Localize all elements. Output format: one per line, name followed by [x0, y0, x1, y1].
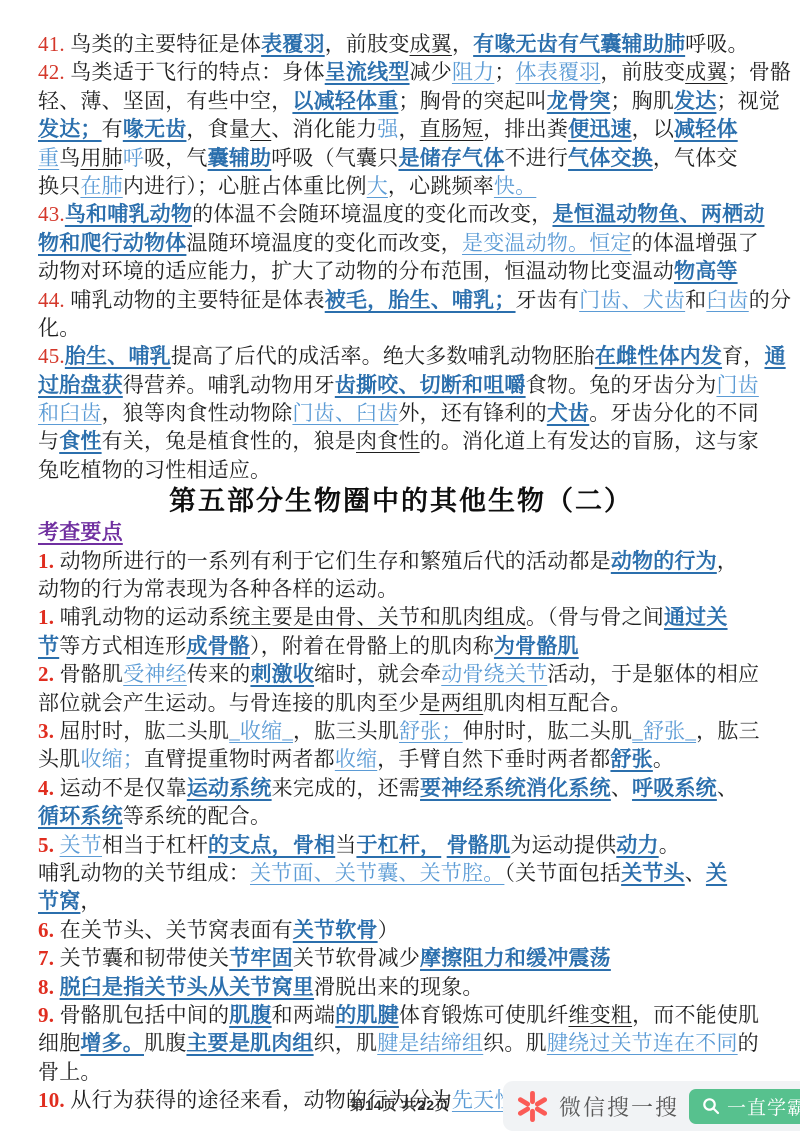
text-segment: 换只 — [38, 174, 80, 198]
text-segment: 。（骨与骨之间 — [526, 605, 664, 629]
text-segment: 骨骼肌 — [447, 833, 511, 857]
text-segment: 哺乳动物的运动系 — [54, 605, 229, 629]
text-segment: 物高等 — [674, 259, 738, 283]
text-segment: 门齿、犬齿 — [579, 288, 685, 312]
text-segment: 轻、薄、坚固，有些中空， — [38, 89, 292, 113]
text-segment: 摩擦阻力和缓冲震荡 — [420, 946, 611, 970]
text-segment: 。牙齿分化的不同 — [589, 401, 759, 425]
text-segment: 关 — [706, 861, 727, 885]
text-segment: 有喙无齿有气囊辅助肺 — [473, 32, 685, 56]
text-segment: ， — [452, 32, 473, 56]
text-segment: ，心跳频率 — [388, 174, 494, 198]
wechat-search-brand-label: 微信搜一搜 — [559, 1091, 679, 1122]
text-segment: ，前肢变 — [325, 32, 410, 56]
text-line: 重鸟用肺呼吸，气囊辅助呼吸（气囊只是储存气体不进行气体交换，气体交 — [38, 144, 764, 172]
text-segment: 体表覆羽 — [516, 60, 601, 84]
text-segment: ；骨骼 — [728, 60, 792, 84]
text-segment: 收缩； — [80, 747, 144, 771]
text-segment: 气体交换 — [568, 146, 653, 170]
text-segment: 关节面、关节囊、关节腔。 — [250, 861, 504, 885]
text-segment: 龙骨突 — [547, 89, 611, 113]
text-segment: 45. — [38, 344, 65, 368]
text-segment: 在肺 — [80, 174, 122, 198]
text-segment: ， — [398, 117, 419, 141]
text-segment: 物和爬行动物体 — [38, 231, 186, 255]
text-segment: 动骨绕关节 — [441, 662, 547, 686]
text-segment: 41. — [38, 32, 65, 56]
text-segment: 呈流线型 — [325, 60, 410, 84]
text-line: 过胎盘获得营养。哺乳动物用牙齿撕咬、切断和咀嚼食物。兔的牙齿分为门齿 — [38, 371, 764, 399]
text-segment: 牙齿有 — [516, 288, 580, 312]
text-segment: ，手臂自然下垂时两者都 — [377, 747, 610, 771]
text-segment: 织。肌 — [483, 1031, 547, 1055]
text-segment: 脱臼是指关节头从关节窝里 — [60, 975, 314, 999]
text-segment: ，前肢变 — [600, 60, 685, 84]
text-segment: 肉食性 — [356, 429, 420, 453]
text-segment: ；胸骨的突起叫 — [398, 89, 546, 113]
text-segment: ； — [494, 60, 515, 84]
text-segment: 7. — [38, 946, 54, 970]
text-segment: 兔吃植物的习性相适应。 — [38, 458, 271, 482]
text-line: 动物对环境的适应能力，扩大了动物的分布范围，恒温动物比变温动物高等 — [38, 257, 764, 285]
text-segment: ， — [80, 889, 101, 913]
text-segment: 成翼 — [685, 60, 727, 84]
text-segment: 运动不是仅靠 — [54, 776, 187, 800]
text-segment: 的分 — [749, 288, 791, 312]
text-segment: 循环系统 — [38, 804, 123, 828]
text-segment: ，肱三 — [696, 719, 760, 743]
text-segment: 细胞 — [38, 1031, 80, 1055]
text-segment: 食物。兔的牙齿分为 — [526, 373, 717, 397]
text-segment: 通过关 — [664, 605, 728, 629]
text-segment: 的肌腱 — [335, 1003, 399, 1027]
section-heading: 第五部分生物圈中的其他生物（二） — [38, 484, 764, 518]
text-segment: 减少 — [410, 60, 452, 84]
text-segment: 在关节头、关节窝表面有 — [54, 918, 293, 942]
text-line: 和臼齿，狼等肉食性动物除门齿、臼齿外，还有锋利的犬齿。牙齿分化的不同 — [38, 399, 764, 427]
text-line: 1. 动物所进行的一系列有利于它们生存和繁殖后代的活动都是动物的行为， — [38, 547, 764, 575]
text-segment: 不进行 — [504, 146, 568, 170]
text-line: 43.鸟和哺乳动物的体温不会随环境温度的变化而改变，是恒温动物鱼、两栖动 — [38, 200, 764, 228]
text-segment: 呼吸系统 — [632, 776, 717, 800]
text-line: 41. 鸟类的主要特征是体表覆羽，前肢变成翼，有喙无齿有气囊辅助肺呼吸。 — [38, 30, 764, 58]
text-segment: 相当于杠杆 — [102, 833, 208, 857]
text-segment: 的支点，骨相 — [208, 833, 335, 857]
text-segment: 缩时，就会牵 — [314, 662, 441, 686]
text-segment: 的。消化道上有发达的盲肠，这与家 — [420, 429, 759, 453]
text-segment: 和臼齿 — [38, 401, 102, 425]
text-line: 9. 骨骼肌包括中间的肌腹和两端的肌腱体育锻炼可使肌纤维变粗，而不能使肌 — [38, 1001, 764, 1029]
text-segment: 于杠杆， — [356, 833, 441, 857]
text-segment: 有 — [102, 117, 123, 141]
text-segment: 鸟类适于飞行的特点：身体 — [65, 60, 325, 84]
text-segment: 强 — [377, 117, 398, 141]
text-segment: 表覆羽 — [261, 32, 325, 56]
text-segment: 动物的行为常表现为各种各样的运动。 — [38, 577, 398, 601]
search-account-label: 一直学霸 — [727, 1093, 800, 1120]
text-line: 换只在肺内进行）；心脏占体重比例大，心跳频率快。 — [38, 172, 764, 200]
text-segment: 腱绕过关节连在不同 — [547, 1031, 738, 1055]
text-segment: 为运动提供 — [510, 833, 616, 857]
text-segment: 、 — [717, 776, 738, 800]
text-line: 42. 鸟类适于飞行的特点：身体呈流线型减少阻力；体表覆羽，前肢变成翼；骨骼 — [38, 58, 764, 86]
text-segment: 1. — [38, 605, 54, 629]
document-page: 41. 鸟类的主要特征是体表覆羽，前肢变成翼，有喙无齿有气囊辅助肺呼吸。42. … — [0, 0, 800, 1114]
text-segment: 肌腹 — [229, 1003, 271, 1027]
text-segment: 过胎盘获 — [38, 373, 123, 397]
text-segment: 运动系统 — [187, 776, 272, 800]
text-line: 1. 哺乳动物的运动系统主要是由骨、关节和肌肉组成。（骨与骨之间通过关 — [38, 603, 764, 631]
text-segment: 、 — [685, 861, 706, 885]
text-line: 发达；有喙无齿，食量大、消化能力强，直肠短，排出粪便迅速，以减轻体 — [38, 115, 764, 143]
text-segment: 、消化能力 — [271, 117, 377, 141]
text-segment: 传来的 — [187, 662, 251, 686]
text-segment: 腱是结缔组 — [377, 1031, 483, 1055]
text-line: 5. 关节相当于杠杆的支点，骨相当于杠杆， 骨骼肌为运动提供动力。 — [38, 831, 764, 859]
text-segment: 动力 — [616, 833, 658, 857]
text-segment: 4. — [38, 776, 54, 800]
text-segment: 滑脱出来的现象。 — [314, 975, 484, 999]
text-segment: ，气体交 — [653, 146, 738, 170]
text-segment: 骨上。 — [38, 1060, 102, 1084]
text-segment: 44. — [38, 288, 65, 312]
text-segment: ） — [378, 918, 399, 942]
text-segment: 织，肌 — [314, 1031, 378, 1055]
text-segment: 等系统的配合。 — [123, 804, 271, 828]
text-line: 头肌收缩；直臂提重物时两者都收缩，手臂自然下垂时两者都舒张。 — [38, 745, 764, 773]
text-segment: 要神经系统消化系统 — [420, 776, 611, 800]
text-segment: 的体温增强了 — [632, 231, 759, 255]
text-segment: （关节面包括 — [504, 861, 621, 885]
text-segment: 关节囊和韧带使关 — [54, 946, 229, 970]
text-segment: 伸肘时，肱二头肌 — [463, 719, 633, 743]
text-segment: 维变粗 — [568, 1003, 632, 1027]
text-segment: 成翼 — [410, 32, 452, 56]
text-segment: 等方式相连形 — [59, 634, 186, 658]
text-segment: 发达 — [674, 89, 716, 113]
text-segment: 2. — [38, 662, 54, 686]
text-segment: 动物对环境的适应能力，扩大了动物的分布范围，恒温动物比变温动 — [38, 259, 674, 283]
text-segment: 通 — [764, 344, 785, 368]
text-segment: 节窝 — [38, 889, 80, 913]
text-segment: ，而不能使肌 — [632, 1003, 759, 1027]
text-line: 循环系统等系统的配合。 — [38, 802, 764, 830]
text-segment: 部位就会产生运动。与骨连接的肌肉至少 — [38, 691, 420, 715]
text-segment: 哺乳动物的主要特征是体表 — [65, 288, 325, 312]
text-line: 7. 关节囊和韧带使关节牢固关节软骨减少摩擦阻力和缓冲震荡 — [38, 944, 764, 972]
text-segment: ；视觉 — [716, 89, 780, 113]
text-segment: 门齿、臼齿 — [292, 401, 398, 425]
text-segment: 发达； — [38, 117, 102, 141]
text-segment: 在雌性体内发 — [595, 344, 722, 368]
text-line: 部位就会产生运动。与骨连接的肌肉至少是两组肌肉相互配合。 — [38, 689, 764, 717]
text-segment: 关节 — [60, 833, 102, 857]
text-segment: 成骨骼 — [186, 634, 250, 658]
text-segment: 得营养。哺乳动物用牙 — [123, 373, 335, 397]
text-segment: 头肌 — [38, 747, 80, 771]
text-line: 物和爬行动物体温随环境温度的变化而改变，是变温动物。恒定的体温增强了 — [38, 229, 764, 257]
text-line: 动物的行为常表现为各种各样的运动。 — [38, 575, 764, 603]
text-segment: 1. — [38, 549, 54, 573]
text-segment: 8. — [38, 975, 54, 999]
text-segment: 节牢固 — [229, 946, 293, 970]
text-segment: 鸟 — [59, 146, 80, 170]
wechat-search-watermark: 微信搜一搜 一直学霸 — [503, 1081, 800, 1131]
text-line: 化。 — [38, 314, 764, 342]
text-segment: 温随环境温度的变化而改变， — [186, 231, 462, 255]
text-segment: 提高了后代的成活率。绝大多数哺乳动物胚胎 — [171, 344, 595, 368]
text-segment: 。 — [653, 747, 674, 771]
text-segment: 主要是肌肉组 — [186, 1031, 313, 1055]
text-segment: 大 — [250, 117, 271, 141]
text-segment: 节 — [38, 634, 59, 658]
text-segment: 是变温动物。恒定 — [462, 231, 632, 255]
text-segment: 臼齿 — [706, 288, 748, 312]
text-segment: _收缩_ — [229, 719, 293, 743]
text-segment: 有关，兔是植食性的，狼是 — [102, 429, 356, 453]
text-segment: 刺激收 — [250, 662, 314, 686]
text-line: 与食性有关，兔是植食性的，狼是肉食性的。消化道上有发达的盲肠，这与家 — [38, 427, 764, 455]
text-segment: 胎生、哺乳 — [65, 344, 171, 368]
text-segment: 育， — [722, 344, 764, 368]
text-segment: 重 — [38, 146, 59, 170]
text-segment: 呼吸（气囊只 — [271, 146, 398, 170]
text-segment: 增多。 — [80, 1031, 144, 1055]
text-segment: 减轻体 — [674, 117, 738, 141]
text-line: 细胞增多。肌腹主要是肌肉组织，肌腱是结缔组织。肌腱绕过关节连在不同的 — [38, 1029, 764, 1057]
text-line: 8. 脱臼是指关节头从关节窝里滑脱出来的现象。 — [38, 973, 764, 1001]
text-segment: 快。 — [494, 174, 536, 198]
text-segment: 43. — [38, 202, 65, 226]
text-segment: 阻力 — [452, 60, 494, 84]
text-segment: 吸，气 — [144, 146, 208, 170]
text-segment: 骨骼肌包括中间的 — [54, 1003, 229, 1027]
text-segment: 舒张； — [399, 719, 463, 743]
text-segment: 被毛，胎生、哺乳； — [325, 288, 516, 312]
text-segment: ，肱三头肌 — [293, 719, 399, 743]
text-line: 轻、薄、坚固，有些中空，以减轻体重；胸骨的突起叫龙骨突；胸肌发达；视觉 — [38, 87, 764, 115]
text-line: 3. 屈肘时，肱二头肌_收缩_，肱三头肌舒张；伸肘时，肱二头肌_舒张_，肱三 — [38, 717, 764, 745]
text-segment: 关节头 — [621, 861, 685, 885]
text-segment: 动物的行为 — [611, 549, 717, 573]
text-line: 44. 哺乳动物的主要特征是体表被毛，胎生、哺乳；牙齿有门齿、犬齿和臼齿的分 — [38, 286, 764, 314]
text-segment: ；胸肌 — [610, 89, 674, 113]
text-segment: 囊辅助 — [208, 146, 272, 170]
text-segment: 统主要是由骨、关节和肌肉组成 — [229, 605, 526, 629]
text-segment: ，狼等肉食性动物除 — [102, 401, 293, 425]
text-segment: 门齿 — [716, 373, 758, 397]
text-segment: ，食量 — [186, 117, 250, 141]
text-line: 4. 运动不是仅靠运动系统来完成的，还需要神经系统消化系统、呼吸系统、 — [38, 774, 764, 802]
text-segment: 6. — [38, 918, 54, 942]
text-segment: 的体温不会随环境温度的变化而改变， — [192, 202, 552, 226]
text-segment: 食性 — [59, 429, 101, 453]
text-line: 节窝， — [38, 887, 764, 915]
text-segment: 骨骼肌 — [54, 662, 123, 686]
text-segment: 肌腹 — [144, 1031, 186, 1055]
text-segment: 哺乳动物的关节组成： — [38, 861, 250, 885]
text-segment: _舒张_ — [632, 719, 696, 743]
text-segment: 直肠短 — [420, 117, 484, 141]
text-segment: 42. — [38, 60, 65, 84]
text-segment: 用肺 — [80, 146, 122, 170]
text-segment: 是恒温动物鱼、两栖动 — [552, 202, 764, 226]
text-segment: ，以 — [632, 117, 674, 141]
text-line: 兔吃植物的习性相适应。 — [38, 456, 764, 484]
text-segment: 当 — [335, 833, 356, 857]
text-segment: 呼 — [123, 146, 144, 170]
text-line: 考查要点 — [38, 518, 764, 546]
search-icon — [702, 1097, 720, 1115]
text-segment: 呼吸。 — [685, 32, 749, 56]
text-segment: 和两端 — [272, 1003, 336, 1027]
text-segment: 屈肘时，肱二头肌 — [54, 719, 229, 743]
search-account-button[interactable]: 一直学霸 — [689, 1089, 800, 1124]
text-segment: 化。 — [38, 316, 80, 340]
wechat-sou-spark-icon — [516, 1090, 549, 1123]
text-segment: 大 — [367, 174, 388, 198]
text-segment: 。 — [659, 833, 680, 857]
text-segment: 外，还有锋利的 — [398, 401, 546, 425]
text-segment: 是储存气体 — [398, 146, 504, 170]
text-line: 2. 骨骼肌受神经传来的刺激收缩时，就会牵动骨绕关节活动，于是躯体的相应 — [38, 660, 764, 688]
text-segment: 9. — [38, 1003, 54, 1027]
text-line: 45.胎生、哺乳提高了后代的成活率。绝大多数哺乳动物胚胎在雌性体内发育，通 — [38, 342, 764, 370]
text-segment: 内进行）；心脏占体重比例 — [123, 174, 367, 198]
text-segment: 动物所进行的一系列有利于它们生存和繁殖后代的活动都是 — [54, 549, 611, 573]
text-line: 哺乳动物的关节组成：关节面、关节囊、关节腔。（关节面包括关节头、关 — [38, 859, 764, 887]
text-segment: 考查要点 — [38, 520, 123, 544]
text-segment: 肌肉相互配合。 — [483, 691, 631, 715]
text-segment: 便迅速 — [568, 117, 632, 141]
text-segment: 的 — [738, 1031, 759, 1055]
document-body: 41. 鸟类的主要特征是体表覆羽，前肢变成翼，有喙无齿有气囊辅助肺呼吸。42. … — [38, 30, 764, 1114]
text-segment: 体育锻炼可使肌纤 — [399, 1003, 569, 1027]
text-segment: 、 — [611, 776, 632, 800]
text-segment: 收缩 — [335, 747, 377, 771]
text-line: 6. 在关节头、关节窝表面有关节软骨） — [38, 916, 764, 944]
text-segment: 以减轻体重 — [292, 89, 398, 113]
text-segment: 受神经 — [123, 662, 187, 686]
text-segment: 来完成的，还需 — [272, 776, 420, 800]
text-segment: 关节软骨 — [293, 918, 378, 942]
text-segment: 直臂提重物时两者都 — [144, 747, 335, 771]
text-segment: 为骨骼肌 — [494, 634, 579, 658]
text-segment: ），附着在骨骼上的肌肉称 — [250, 634, 494, 658]
text-segment: ， — [717, 549, 738, 573]
text-segment: 鸟和哺乳动物 — [65, 202, 192, 226]
text-segment: 和 — [685, 288, 706, 312]
text-segment: 5. — [38, 833, 54, 857]
text-line: 节等方式相连形成骨骼），附着在骨骼上的肌肉称为骨骼肌 — [38, 632, 764, 660]
text-segment: ，排出粪 — [483, 117, 568, 141]
text-segment: 犬齿 — [547, 401, 589, 425]
text-segment: 3. — [38, 719, 54, 743]
text-segment: 与 — [38, 429, 59, 453]
text-segment: 活动，于是躯体的相应 — [547, 662, 759, 686]
text-segment: 鸟类的主要特征是体 — [65, 32, 261, 56]
text-segment: 齿撕咬、切断和咀嚼 — [335, 373, 526, 397]
text-segment: 关节软骨减少 — [293, 946, 420, 970]
text-segment: 舒张 — [610, 747, 652, 771]
text-segment: 喙无齿 — [123, 117, 187, 141]
text-segment: 是两组 — [420, 691, 484, 715]
